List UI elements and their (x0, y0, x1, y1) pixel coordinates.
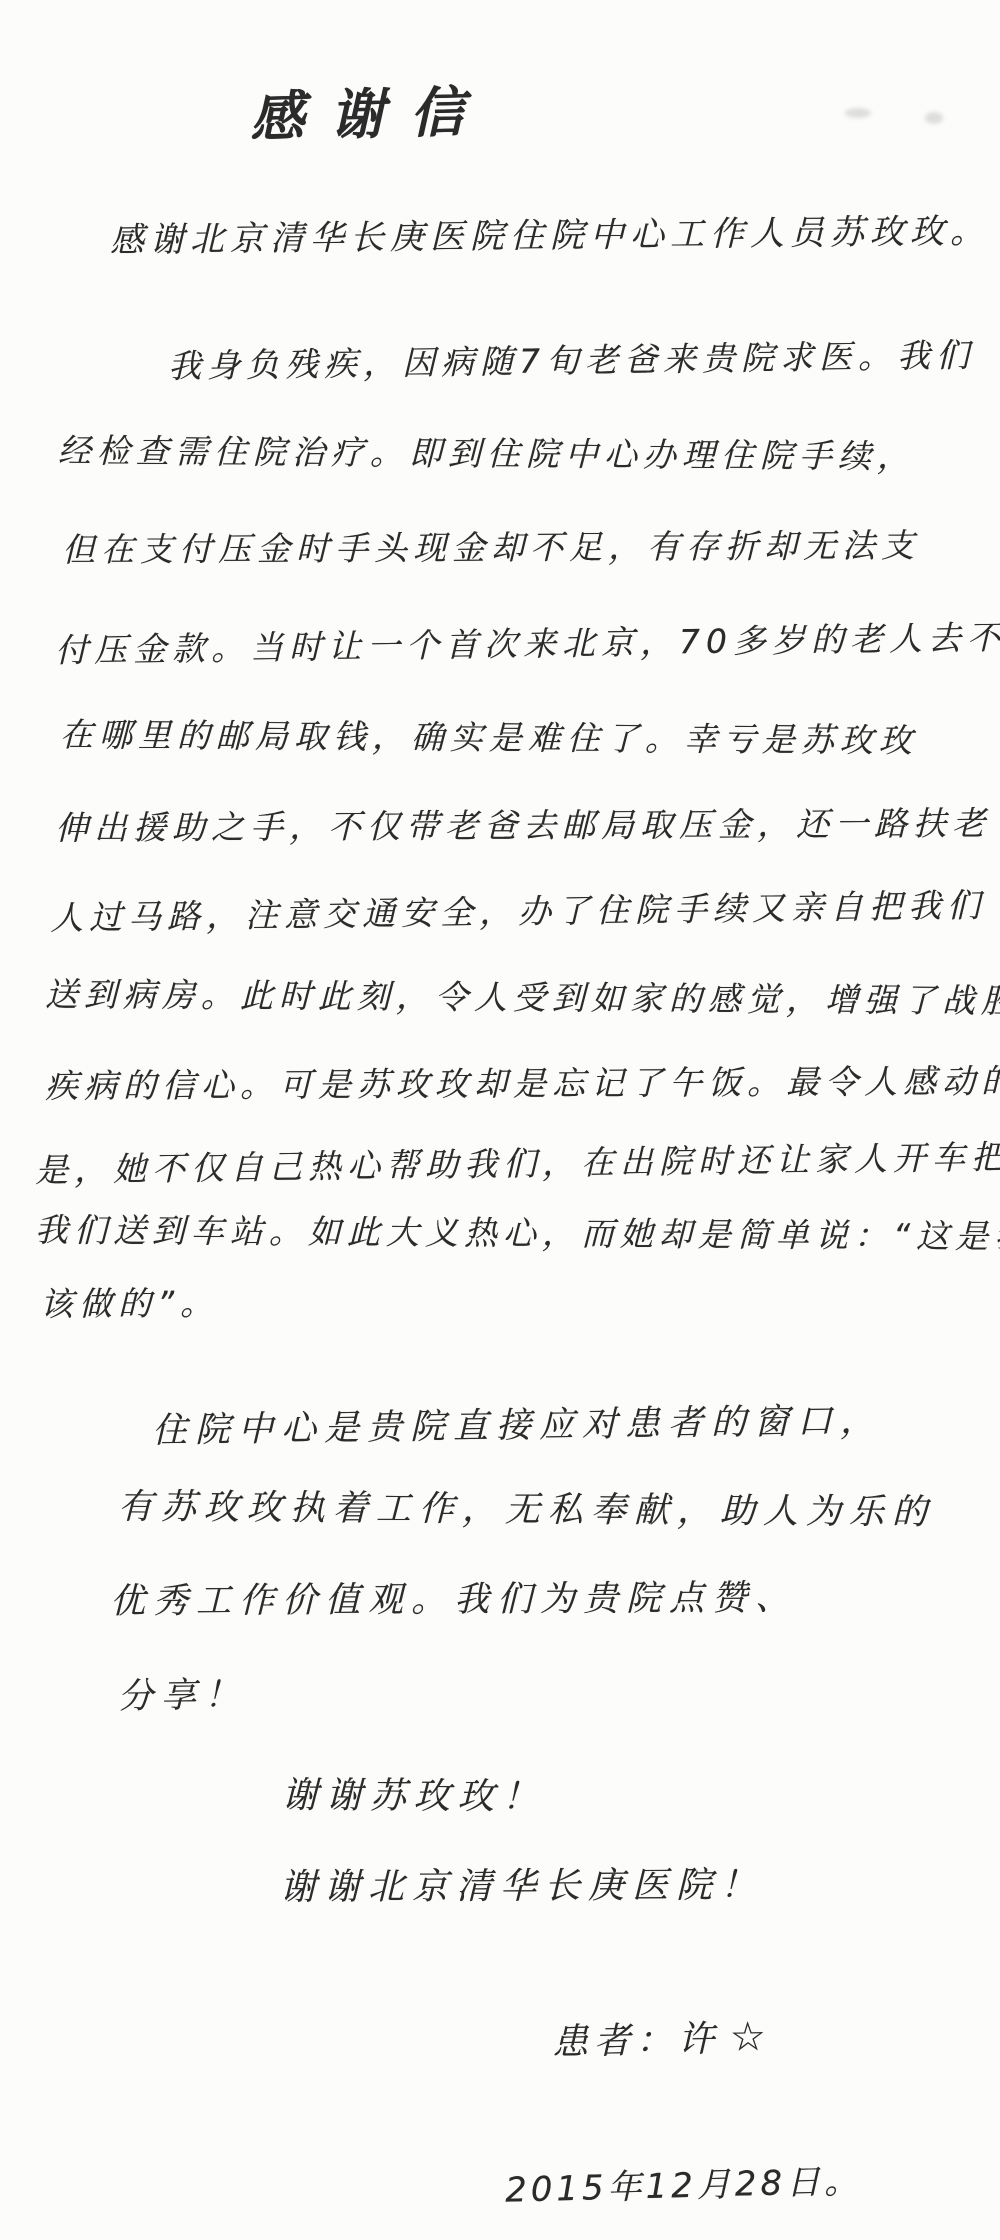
scan-smudge (925, 112, 943, 124)
body-line: 但在支付压金时手头现金却不足，有存折却无法支 (62, 520, 920, 571)
scan-smudge (845, 108, 871, 118)
praise-line: 住院中心是贵院直接应对患者的窗口， (152, 1393, 884, 1453)
praise-line: 有苏玫玫执着工作，无私奉献，助人为乐的 (118, 1479, 935, 1535)
praise-line: 优秀工作价值观。我们为贵院点赞、 (110, 1570, 798, 1624)
body-line: 送到病房。此时此刻，令人受到如家的感觉，增强了战胜 (45, 969, 1000, 1023)
body-line: 我们送到车站。如此大义热心，而她却是简单说：“这是我们应 (35, 1204, 1000, 1259)
signature-line: 患者：许☆ (551, 2010, 772, 2066)
praise-line: 分享！ (118, 1667, 248, 1719)
signature-label: 患者：许 (552, 2019, 721, 2064)
body-line: 疾病的信心。可是苏玫玫却是忘记了午饭。最令人感动的 (45, 1055, 1000, 1107)
body-line: 该做的”。 (40, 1278, 219, 1326)
closing-line: 谢谢苏玫玫！ (282, 1767, 546, 1820)
body-line: 伸出援助之手，不仅带老爸去邮局取压金，还一路扶老 (55, 798, 991, 850)
salutation-line: 感谢北京清华长庚医院住院中心工作人员苏玫玫。 (110, 203, 990, 261)
date-line: 2015年12月28日。 (504, 2153, 862, 2211)
letter-title: 感谢信 (249, 69, 491, 152)
star-icon: ☆ (730, 2014, 773, 2061)
body-line: 在哪里的邮局取钱，确实是难住了。幸亏是苏玫玫 (60, 709, 918, 762)
body-line: 经检查需住院治疗。即到住院中心办理住院手续， (58, 425, 916, 478)
closing-line: 谢谢北京清华长庚医院！ (280, 1857, 764, 1911)
